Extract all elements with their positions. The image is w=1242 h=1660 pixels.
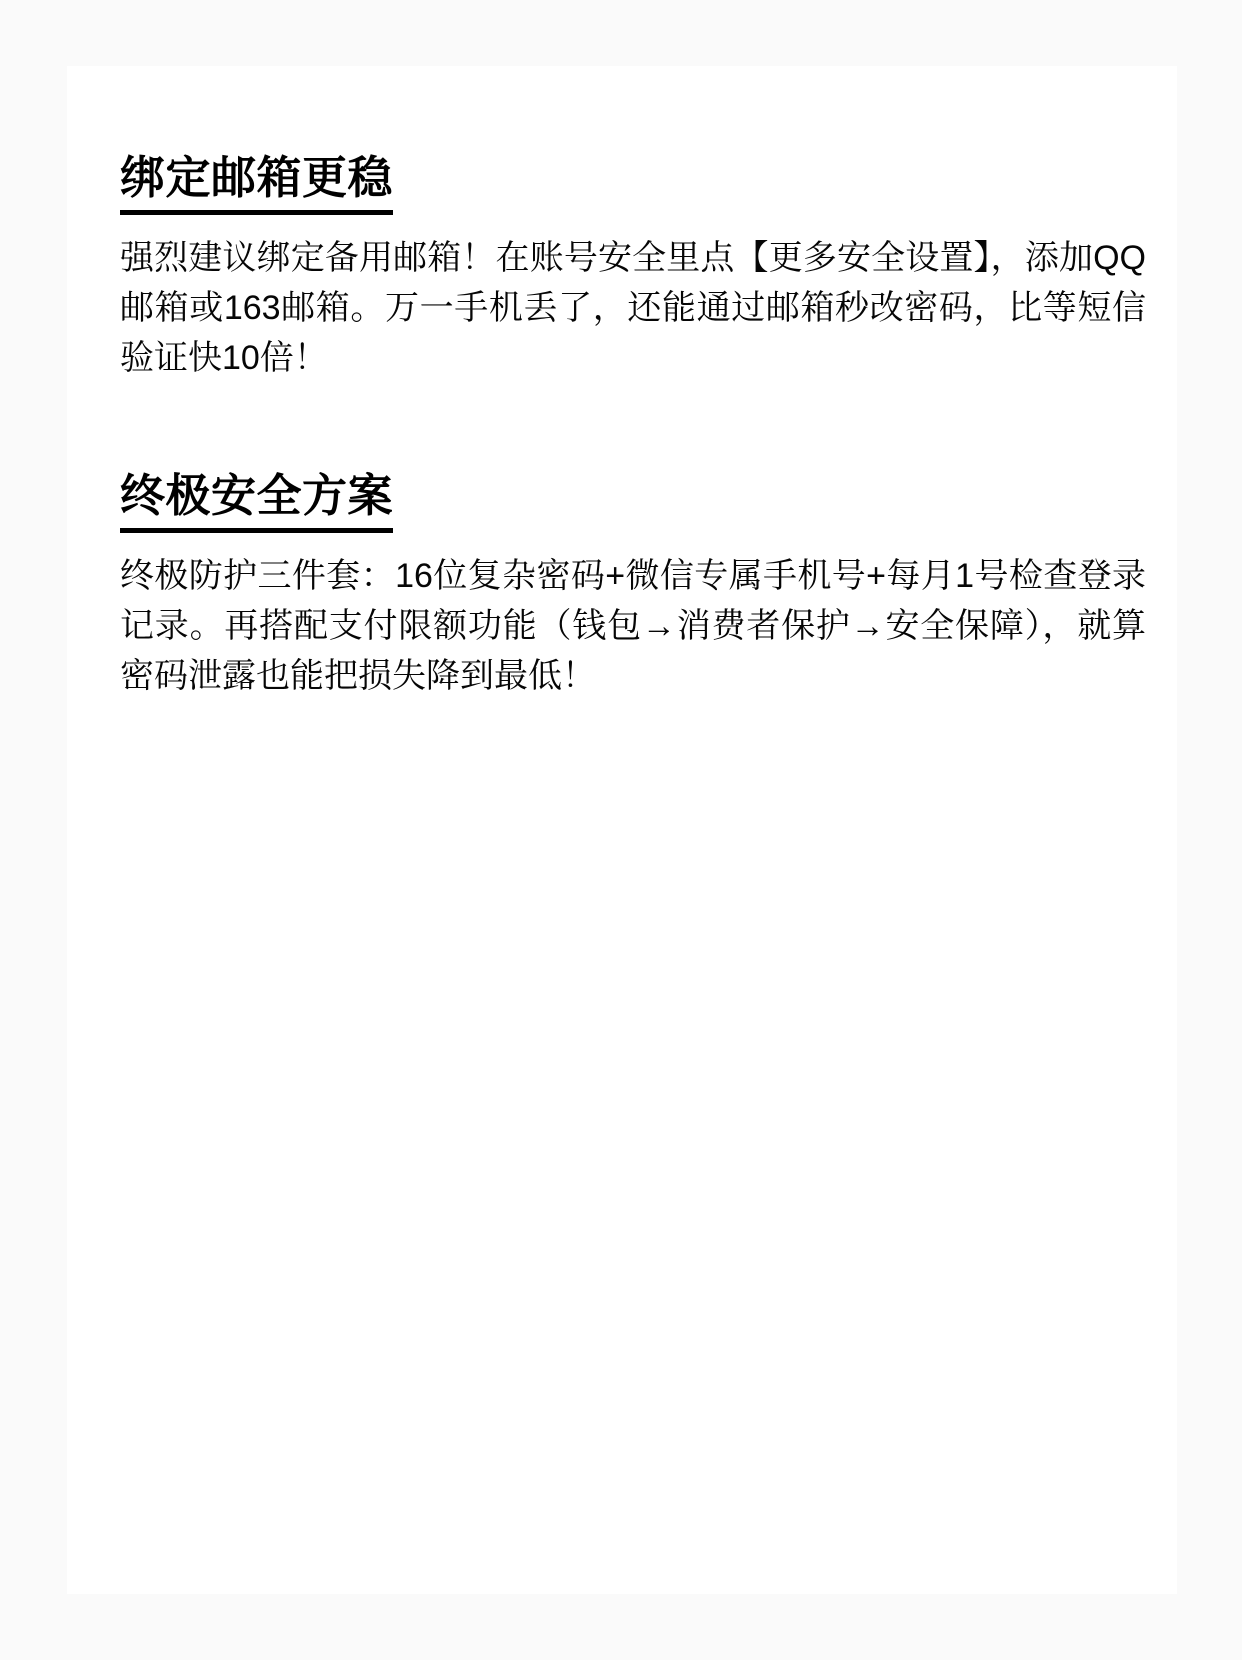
section-heading-text: 绑定邮箱更稳 <box>120 149 393 215</box>
section-body: 终极防护三件套：16位复杂密码+微信专属手机号+每月1号检查登录记录。再搭配支付… <box>120 551 1146 701</box>
section-email-binding: 绑定邮箱更稳 强烈建议绑定备用邮箱！在账号安全里点【更多安全设置】，添加QQ邮箱… <box>120 149 1146 383</box>
section-ultimate-security: 终极安全方案 终极防护三件套：16位复杂密码+微信专属手机号+每月1号检查登录记… <box>120 467 1146 701</box>
section-heading: 终极安全方案 <box>120 467 1146 533</box>
section-body: 强烈建议绑定备用邮箱！在账号安全里点【更多安全设置】，添加QQ邮箱或163邮箱。… <box>120 233 1146 383</box>
section-heading-text: 终极安全方案 <box>120 467 393 533</box>
section-heading: 绑定邮箱更稳 <box>120 149 1146 215</box>
document-page: 绑定邮箱更稳 强烈建议绑定备用邮箱！在账号安全里点【更多安全设置】，添加QQ邮箱… <box>67 66 1177 1594</box>
